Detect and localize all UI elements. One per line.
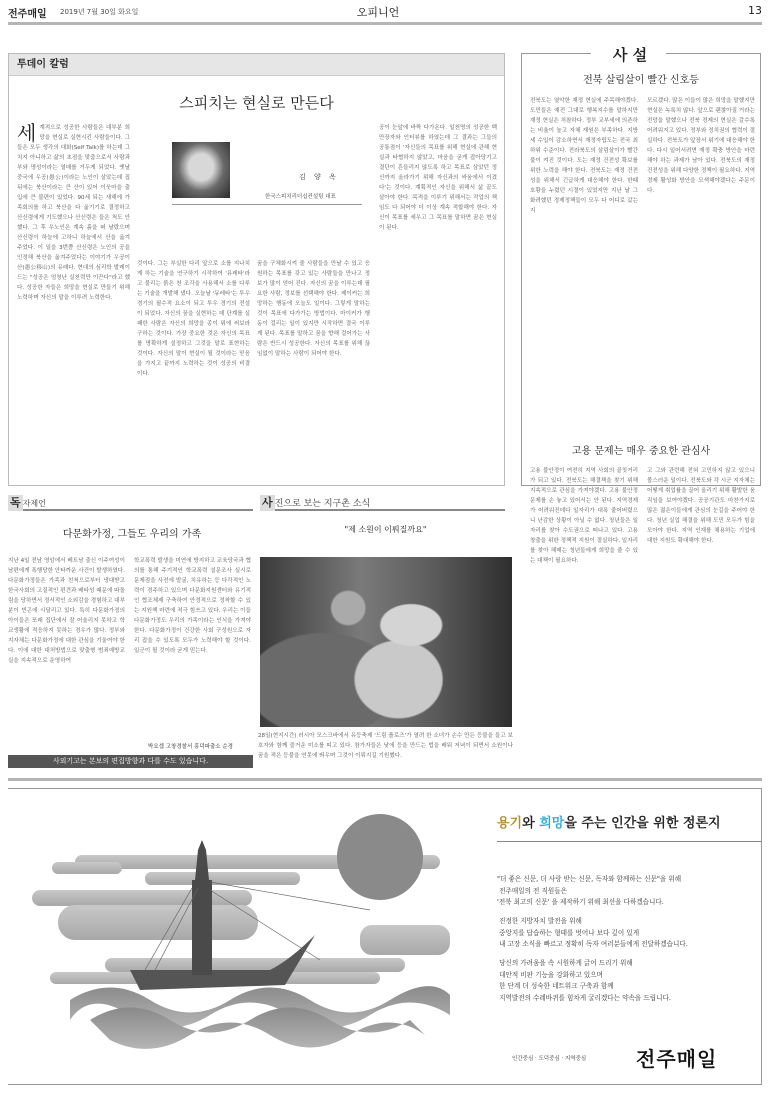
dropcap: 세 bbox=[17, 123, 36, 143]
mid-divider bbox=[8, 778, 762, 781]
top-divider bbox=[8, 22, 762, 25]
reader-signature: 박요셉 고창경찰서 흥덕파출소 순경 bbox=[148, 742, 233, 750]
editorial-2-col1: 고용 불안정이 여전히 지역 사회의 골칫거리가 되고 있다. 전북도는 해결책… bbox=[530, 466, 638, 766]
reader-header-rest: 자제언 bbox=[23, 499, 46, 508]
today-column-text-col4: 공이 눈앞에 바짝 다가온다. 일천명의 성공한 백만장자와 인터뷰를 하였는데… bbox=[379, 123, 497, 479]
editorial-1-col1: 전북도는 열악한 재정 현실에 주목해야겠다. 도민들은 예전 그대로 행복지수… bbox=[530, 96, 638, 426]
today-column-text-col2: 것이다. 그는 부실한 다리 앞으로 소를 지나치게 하는 기술을 연구하기 시… bbox=[137, 259, 250, 479]
reader-text-col1: 지난 4일 전남 영암에서 베트남 출신 이주여성이 남편에게 폭행당한 안타까… bbox=[8, 556, 125, 738]
author-name: 김 양 옥 bbox=[299, 172, 339, 182]
reader-section-header: 독자제언 bbox=[8, 495, 253, 511]
promo-brand-logo: 전주매일 bbox=[636, 1043, 717, 1072]
headline-courage: 용기 bbox=[497, 816, 522, 831]
reader-text-col2: 학교폭력 발생을 미연에 방지하고 교육당국과 협의를 통해 주기적인 학교폭력… bbox=[134, 556, 251, 738]
today-column-text-col1: 세계적으로 성공한 사람들은 대부분 희망을 현실로 실현시킨 사람들이다. 그… bbox=[17, 123, 130, 479]
promo-paragraph-3: 당신의 가려움을 속 시원하게 긁어 드리기 위해 대안적 비판 기능을 강화하… bbox=[497, 958, 671, 1004]
today-column-header: 투데이 칼럼 bbox=[9, 54, 504, 76]
today-column-box: 투데이 칼럼 스피치는 현실로 만든다 세계적으로 성공한 사람들은 대부분 희… bbox=[8, 53, 505, 486]
promo-divider bbox=[497, 841, 762, 842]
promo-motto: 인간중심 · 도덕중심 · 지역중심 bbox=[512, 1054, 586, 1062]
photo-header-rest: 진으로 보는 지구촌 소식 bbox=[275, 499, 371, 509]
promo-paragraph-1: "더 좋은 신문, 더 사랑 받는 신문, 독자와 함께하는 신문"을 위해 전… bbox=[497, 874, 681, 909]
promo-paragraph-2: 진정한 지방자치 발전을 위해 중앙지를 답습하는 형태를 벗어나 보다 깊이 … bbox=[497, 916, 688, 951]
editorial-top-rule-left bbox=[521, 53, 591, 54]
reader-title: 다문화가정, 그들도 우리의 가족 bbox=[8, 525, 256, 540]
editorial-1-col2: 모르겠다. 많은 이들이 많은 희망을 말했지만 현실은 녹록치 않다. 앞으로… bbox=[647, 96, 755, 426]
author-photo bbox=[172, 142, 230, 198]
today-column-title: 스피치는 현실로 만든다 bbox=[9, 92, 504, 113]
today-column-text-col3: 꿈을 구체화시켜 줄 사람들을 만날 수 있고 응원하는 목표를 갖고 있는 사… bbox=[257, 259, 370, 479]
editorial-label: 사 설 bbox=[595, 44, 665, 65]
photo-section-header: 사진으로 보는 지구촌 소식 bbox=[260, 495, 505, 511]
paper-name: 전주매일 bbox=[8, 5, 47, 20]
masthead: 전주매일 2019년 7월 30일 화요일 오피니언 13 bbox=[8, 4, 762, 24]
editorial-title-1: 전북 살림살이 빨간 신호등 bbox=[521, 71, 761, 86]
editorial-top-rule-right bbox=[666, 53, 761, 54]
editorial-2-col2: 고 그와 관련해 전혀 고민하지 않고 있으니 볼스러운 일이다. 전북도와 각… bbox=[647, 466, 755, 766]
photo-header-cap: 사 bbox=[260, 495, 275, 511]
news-photo bbox=[260, 557, 512, 727]
reader-header-cap: 독 bbox=[8, 495, 23, 511]
photo-title: "제 소원이 이뤄질까요" bbox=[258, 524, 513, 535]
disclaimer-banner: 사외기고는 본보의 편집방향과 다를 수도 있습니다. bbox=[8, 755, 253, 768]
section-title: 오피니언 bbox=[248, 4, 508, 20]
editorial-title-2: 고용 문제는 매우 중요한 관심사 bbox=[521, 442, 761, 457]
ship-illustration bbox=[30, 810, 450, 1080]
author-divider bbox=[172, 204, 362, 205]
issue-date: 2019년 7월 30일 화요일 bbox=[60, 7, 138, 17]
page-number: 13 bbox=[748, 4, 762, 17]
author-affiliation: 한국스피치리더십컨설팅 대표 bbox=[265, 192, 336, 200]
headline-hope: 희망 bbox=[539, 816, 564, 831]
photo-caption: 28일(현지시간) 러시아 모스크바에서 유등축제 '드림 플로즈'가 열려 한… bbox=[258, 731, 513, 761]
promo-headline: 용기와 희망을 주는 인간을 위한 정론지 bbox=[497, 812, 721, 831]
